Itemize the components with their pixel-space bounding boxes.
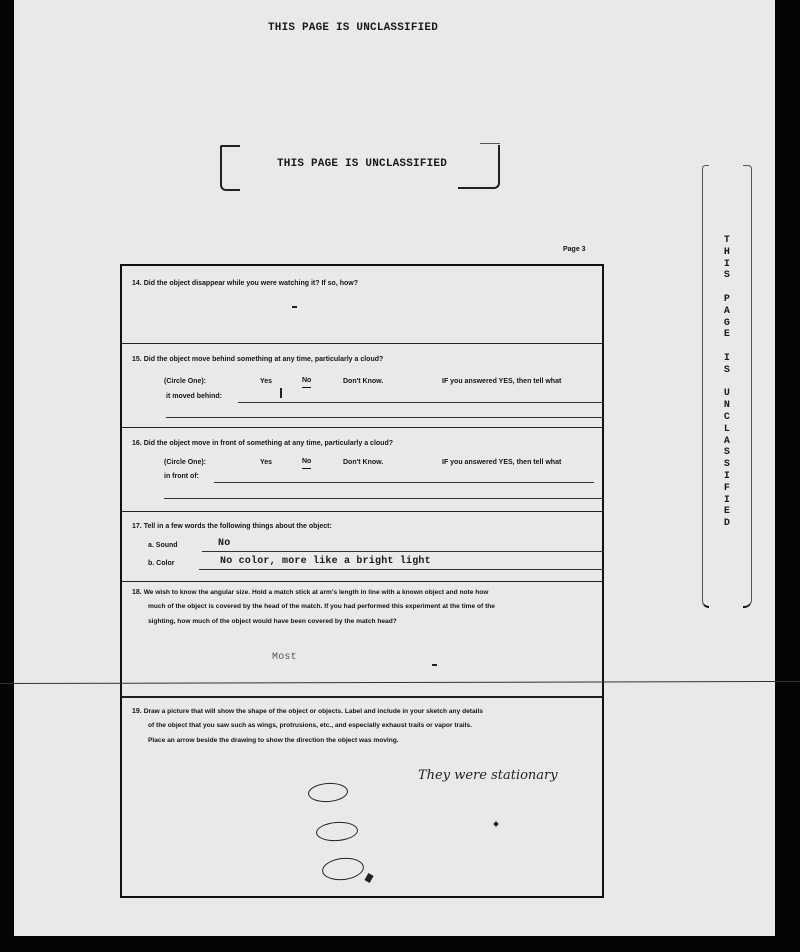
q15-answer-line-2[interactable]: [166, 417, 604, 418]
question-16: 16. Did the object move in front of some…: [122, 428, 602, 512]
side-letter: C: [720, 412, 734, 424]
q15-text: Did the object move behind something at …: [144, 356, 384, 363]
q14-text: Did the object disappear while you were …: [144, 280, 358, 287]
classification-stamp-label: THIS PAGE IS UNCLASSIFIED: [277, 158, 447, 170]
side-stamp-frame-right: [743, 165, 752, 608]
q15-followup-line-label: it moved behind:: [166, 390, 222, 404]
arrow-mark-icon: [364, 873, 373, 883]
side-letter: P: [720, 294, 734, 306]
classification-stamp-box: THIS PAGE IS UNCLASSIFIED: [220, 143, 500, 189]
side-letter: A: [720, 436, 734, 448]
q14-number: 14.: [132, 280, 142, 287]
side-letter: D: [720, 518, 734, 530]
side-letter: E: [720, 329, 734, 341]
side-letter: I: [720, 353, 734, 365]
classification-stamp-top: THIS PAGE IS UNCLASSIFIED: [268, 22, 438, 34]
question-19: 19. Draw a picture that will show the sh…: [122, 698, 602, 896]
sketch-oval-object-2: [315, 821, 358, 843]
q15-circle-label: (Circle One):: [164, 375, 206, 389]
q17-number: 17.: [132, 523, 142, 530]
side-letter: U: [720, 388, 734, 400]
ink-speck: [432, 664, 437, 666]
q16-answer-line-2[interactable]: [164, 498, 604, 499]
ink-speck: [493, 821, 499, 827]
side-letter: I: [720, 471, 734, 483]
q15-number: 15.: [132, 356, 142, 363]
side-letter: [720, 341, 734, 353]
stamp-bracket-right: [458, 145, 500, 189]
stamp-bracket-right-top: [480, 143, 500, 144]
q19-handwritten-note: They were stationary: [418, 768, 558, 783]
side-letter: S: [720, 270, 734, 282]
q19-line-3: Place an arrow beside the drawing to sho…: [148, 734, 399, 748]
q16-answer-line-1[interactable]: [214, 482, 594, 483]
classification-stamp-side: T H I S P A G E I S U N C L A S S I F I …: [702, 165, 752, 613]
q18-line-1: We wish to know the angular size. Hold a…: [144, 589, 489, 596]
q16-followup-line-label: in front of:: [164, 470, 199, 484]
q18-line-3: sighting, how much of the object would h…: [148, 615, 397, 629]
sketch-oval-object-1: [307, 782, 348, 804]
q16-text: Did the object move in front of somethin…: [144, 440, 393, 447]
side-stamp-frame-left: [702, 165, 709, 608]
side-stamp-letters: T H I S P A G E I S U N C L A S S I F I …: [720, 235, 734, 530]
q19-line-1: Draw a picture that will show the shape …: [144, 708, 483, 715]
q15-answer-line-1[interactable]: [238, 402, 604, 403]
side-letter: L: [720, 424, 734, 436]
q19-line-2: of the object that you saw such as wings…: [148, 719, 472, 733]
side-letter: I: [720, 495, 734, 507]
q15-option-no-selected[interactable]: No: [302, 375, 311, 388]
q18-answer[interactable]: Most: [272, 652, 297, 663]
side-letter: S: [720, 447, 734, 459]
q19-number: 19.: [132, 708, 142, 715]
q18-line-2: much of the object is covered by the hea…: [148, 600, 495, 614]
questionnaire-form: 14. Did the object disappear while you w…: [120, 264, 604, 898]
question-14: 14. Did the object disappear while you w…: [122, 266, 602, 344]
stamp-bracket-left: [220, 145, 240, 191]
side-letter: A: [720, 306, 734, 318]
page-number: Page 3: [563, 246, 586, 253]
q17-color-value[interactable]: No color, more like a bright light: [220, 556, 431, 567]
side-letter: N: [720, 400, 734, 412]
q17-color-line: [199, 569, 604, 570]
ink-speck: [280, 388, 282, 398]
side-letter: I: [720, 259, 734, 271]
q17-sound-label: a. Sound: [148, 539, 178, 553]
q16-option-dont-know[interactable]: Don't Know.: [343, 456, 383, 470]
question-18: 18. We wish to know the angular size. Ho…: [122, 582, 602, 698]
side-letter: T: [720, 235, 734, 247]
q17-sound-line: [202, 551, 604, 552]
side-letter: S: [720, 365, 734, 377]
side-letter: S: [720, 459, 734, 471]
side-letter: E: [720, 506, 734, 518]
q15-option-dont-know[interactable]: Don't Know.: [343, 375, 383, 389]
q16-option-yes[interactable]: Yes: [260, 456, 272, 470]
document-page: THIS PAGE IS UNCLASSIFIED THIS PAGE IS U…: [14, 0, 775, 936]
side-letter: F: [720, 483, 734, 495]
question-17: 17. Tell in a few words the following th…: [122, 512, 602, 582]
q15-option-yes[interactable]: Yes: [260, 375, 272, 389]
side-letter: [720, 377, 734, 389]
ink-speck: [292, 306, 297, 308]
q18-number: 18.: [132, 589, 142, 596]
q16-number: 16.: [132, 440, 142, 447]
q17-color-label: b. Color: [148, 557, 174, 571]
side-letter: G: [720, 318, 734, 330]
q16-followup: IF you answered YES, then tell what: [442, 456, 561, 470]
side-letter: H: [720, 247, 734, 259]
q15-followup: IF you answered YES, then tell what: [442, 375, 561, 389]
q17-sound-value[interactable]: No: [218, 538, 230, 549]
side-letter: [720, 282, 734, 294]
q17-text: Tell in a few words the following things…: [144, 523, 332, 530]
q16-option-no-selected[interactable]: No: [302, 456, 311, 469]
question-15: 15. Did the object move behind something…: [122, 344, 602, 428]
sketch-oval-object-3: [321, 856, 365, 882]
q16-circle-label: (Circle One):: [164, 456, 206, 470]
